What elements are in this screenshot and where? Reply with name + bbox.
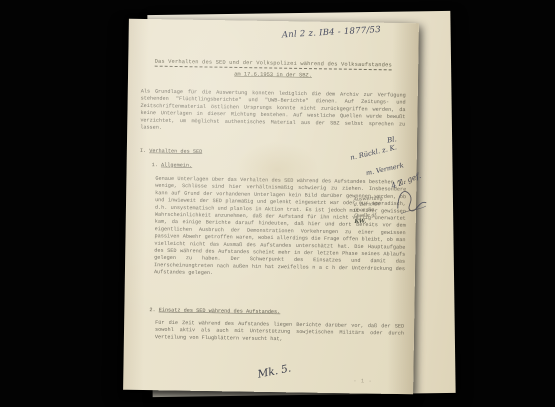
scanned-page-front: Anl 2 z. IB4 - 1877/53 Das Verhalten des… bbox=[123, 19, 419, 395]
subsection-2-paragraph: Für die Zeit während des Aufstandes lieg… bbox=[155, 319, 404, 345]
title-line-1: Das Verhalten des SED und der Volkspoliz… bbox=[155, 59, 392, 71]
page-number: - 1 - bbox=[353, 378, 372, 384]
page-content: Anl 2 z. IB4 - 1877/53 Das Verhalten des… bbox=[123, 19, 419, 395]
subsection-1-heading: 1. Allgemein. bbox=[152, 162, 193, 169]
margin-scrawl-3: m. Vermerk bbox=[365, 162, 404, 177]
title-line-2: am 17.6.1953 in der SBZ. bbox=[234, 71, 312, 78]
margin-scrawl-2: n. Rückl. z. K. bbox=[350, 143, 398, 162]
handwritten-filing-note: Anl 2 z. IB4 - 1877/53 bbox=[282, 23, 417, 40]
subsection-2-number: 2. bbox=[149, 307, 155, 313]
subsection-1-heading-text: Allgemein. bbox=[161, 162, 192, 168]
document-scan-stage: Anl 2 z. IB4 - 1877/53 Das Verhalten des… bbox=[0, 0, 555, 407]
section-1-heading-text: Verhalten des SED bbox=[149, 148, 202, 155]
subsection-2-heading: 2. Einsatz des SED während des Aufstande… bbox=[149, 307, 280, 315]
section-1-heading: I. Verhalten des SED bbox=[140, 148, 202, 155]
handwritten-initial-note: Mk. 5. bbox=[257, 362, 292, 380]
subsection-2-heading-text: Einsatz des SED während des Aufstandes. bbox=[159, 307, 281, 315]
document-title: Das Verhalten des SED und der Volkspoliz… bbox=[146, 56, 400, 80]
subsection-1-number: 1. bbox=[152, 162, 158, 168]
subsection-1-paragraph: Genaue Unterlagen über das Verhalten des… bbox=[154, 175, 407, 280]
intro-paragraph: Als Grundlage für die Auswertung konnten… bbox=[140, 88, 406, 135]
margin-pencil-note: Auswertung d. Berichte über die Quelle g… bbox=[353, 195, 402, 224]
section-1-number: I. bbox=[140, 148, 146, 154]
